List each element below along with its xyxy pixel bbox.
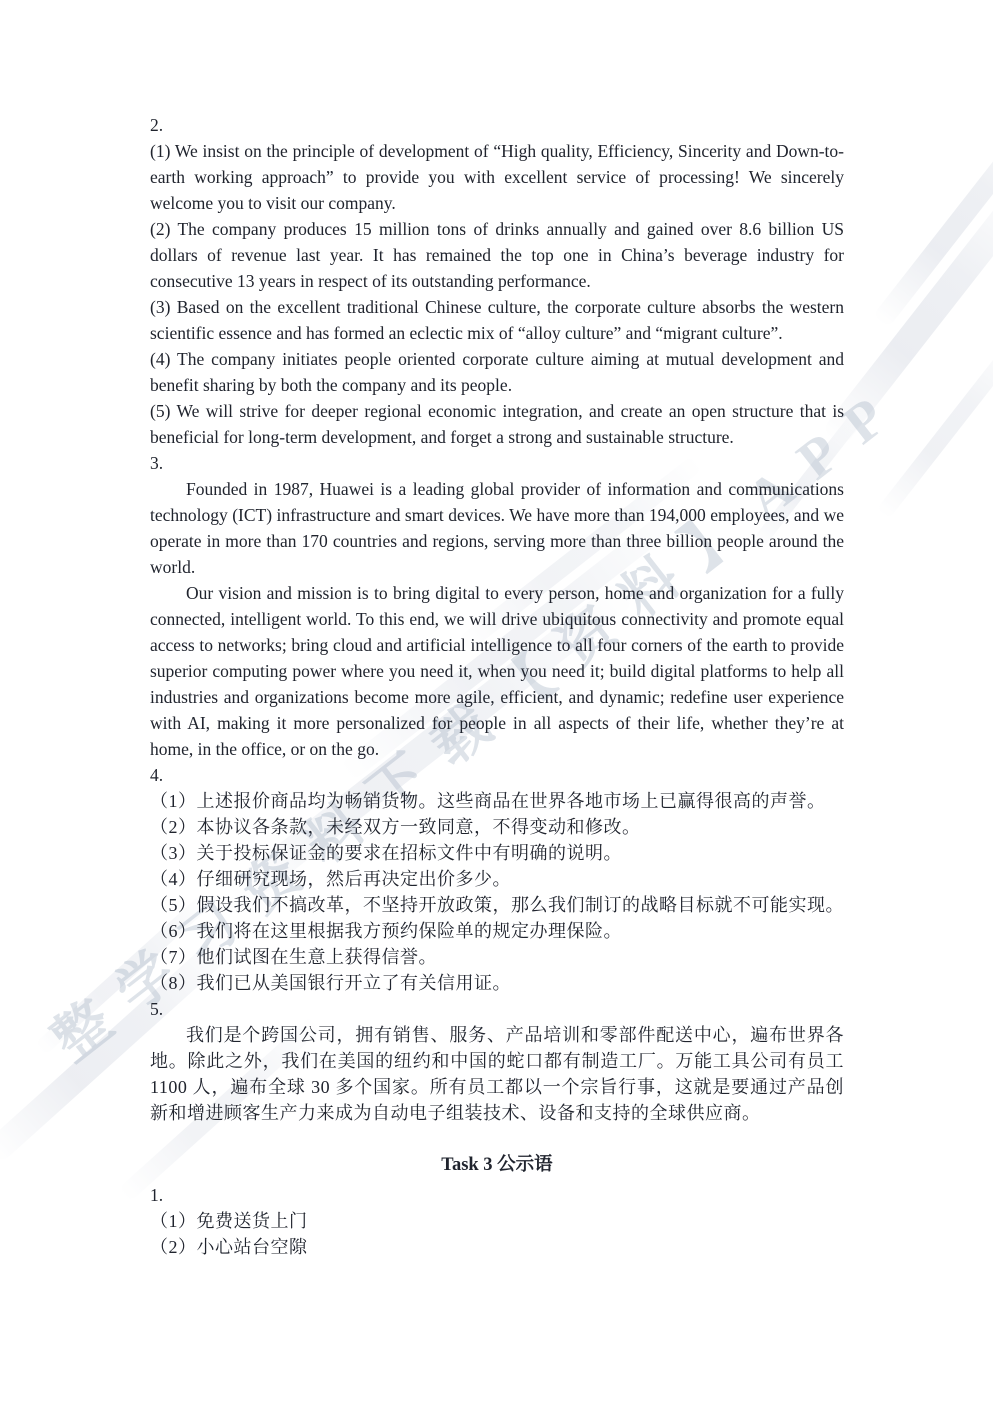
paragraph-en-2-5: (5) We will strive for deeper regional e…: [150, 398, 844, 450]
list-item-zh-4-8: （8）我们已从美国银行开立了有关信用证。: [150, 970, 844, 996]
list-item-zh-4-7: （7）他们试图在生意上获得信誉。: [150, 944, 844, 970]
task3-item-number-1: 1.: [150, 1182, 844, 1208]
watermark-streak: [876, 336, 993, 519]
document-page: 整学习资料下载【资料】APP 2. (1) We insist on the p…: [0, 0, 993, 1404]
list-item-zh-4-3: （3）关于投标保证金的要求在招标文件中有明确的说明。: [150, 840, 844, 866]
paragraph-en-3-2: Our vision and mission is to bring digit…: [150, 580, 844, 762]
watermark-streak: [820, 179, 993, 448]
section-number-3: 3.: [150, 450, 844, 476]
list-item-zh-4-4: （4）仔细研究现场，然后再决定出价多少。: [150, 866, 844, 892]
section-number-5: 5.: [150, 996, 844, 1022]
list-item-zh-4-6: （6）我们将在这里根据我方预约保险单的规定办理保险。: [150, 918, 844, 944]
paragraph-en-2-1: (1) We insist on the principle of develo…: [150, 138, 844, 216]
paragraph-en-2-3: (3) Based on the excellent traditional C…: [150, 294, 844, 346]
section-number-4: 4.: [150, 762, 844, 788]
list-item-zh-t3-2: （2）小心站台空隙: [150, 1234, 844, 1260]
list-item-zh-4-1: （1）上述报价商品均为畅销货物。这些商品在世界各地市场上已赢得很高的声誉。: [150, 788, 844, 814]
task3-heading: Task 3 公示语: [150, 1152, 844, 1178]
paragraph-zh-5: 我们是个跨国公司，拥有销售、服务、产品培训和零部件配送中心，遍布世界各地。除此之…: [150, 1022, 844, 1126]
paragraph-en-2-4: (4) The company initiates people oriente…: [150, 346, 844, 398]
list-item-zh-4-5: （5）假设我们不搞改革，不坚持开放政策，那么我们制订的战略目标就不可能实现。: [150, 892, 844, 918]
document-content: 2. (1) We insist on the principle of dev…: [150, 112, 844, 1260]
watermark-streak: [872, 111, 993, 328]
list-item-zh-4-2: （2）本协议各条款，未经双方一致同意，不得变动和修改。: [150, 814, 844, 840]
list-item-zh-t3-1: （1）免费送货上门: [150, 1208, 844, 1234]
paragraph-en-3-1: Founded in 1987, Huawei is a leading glo…: [150, 476, 844, 580]
section-number-2: 2.: [150, 112, 844, 138]
paragraph-en-2-2: (2) The company produces 15 million tons…: [150, 216, 844, 294]
